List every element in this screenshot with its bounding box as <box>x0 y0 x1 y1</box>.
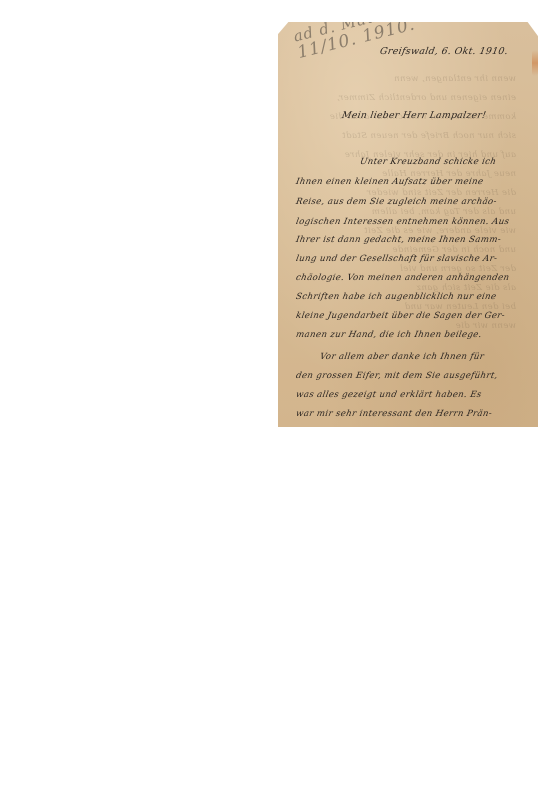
paper-stain <box>532 50 538 76</box>
body-line: logischen Interessen entnehmen können. A… <box>295 217 510 227</box>
body-line: den grossen Eifer, mit dem Sie ausgeführ… <box>295 371 498 381</box>
body-line: Reise, aus dem Sie zugleich meine archäo… <box>295 197 497 207</box>
body-line: was alles gezeigt und erklärt haben. Es <box>295 390 482 400</box>
salutation: Mein lieber Herr Lampalzer! <box>341 110 487 121</box>
body-line: manen zur Hand, die ich Ihnen beilege. <box>295 330 482 340</box>
body-line: Schriften habe ich augenblicklich nur ei… <box>295 292 497 302</box>
bleed-line: sich nur noch Briefe der neuen Stadt <box>292 127 516 146</box>
place-date: Greifswald, 6. Okt. 1910. <box>379 46 509 57</box>
body-line: chäologie. Von meinen anderen anhängende… <box>295 273 510 283</box>
body-line: war mir sehr interessant den Herrn Prän- <box>295 409 493 419</box>
page-canvas: wenn ihr entlangen, wenn einen eigenen u… <box>0 0 549 800</box>
body-line: Vor allem aber danke ich Ihnen für <box>319 352 485 362</box>
bleed-line: einen eigenen und ordentlich Zimmer, <box>292 89 516 108</box>
body-line: lung und der Gesellschaft für slavische … <box>295 254 498 264</box>
bleed-line: wenn ihr entlangen, wenn <box>292 70 516 89</box>
body-line: Unter Kreuzband schicke ich <box>359 157 497 167</box>
letter-scan: wenn ihr entlangen, wenn einen eigenen u… <box>278 22 538 427</box>
body-line: kleine Jugendarbeit über die Sagen der G… <box>295 311 506 321</box>
body-line: Ihrer ist dann gedacht, meine Ihnen Samm… <box>295 235 502 245</box>
body-line: Ihnen einen kleinen Aufsatz über meine <box>295 177 484 187</box>
